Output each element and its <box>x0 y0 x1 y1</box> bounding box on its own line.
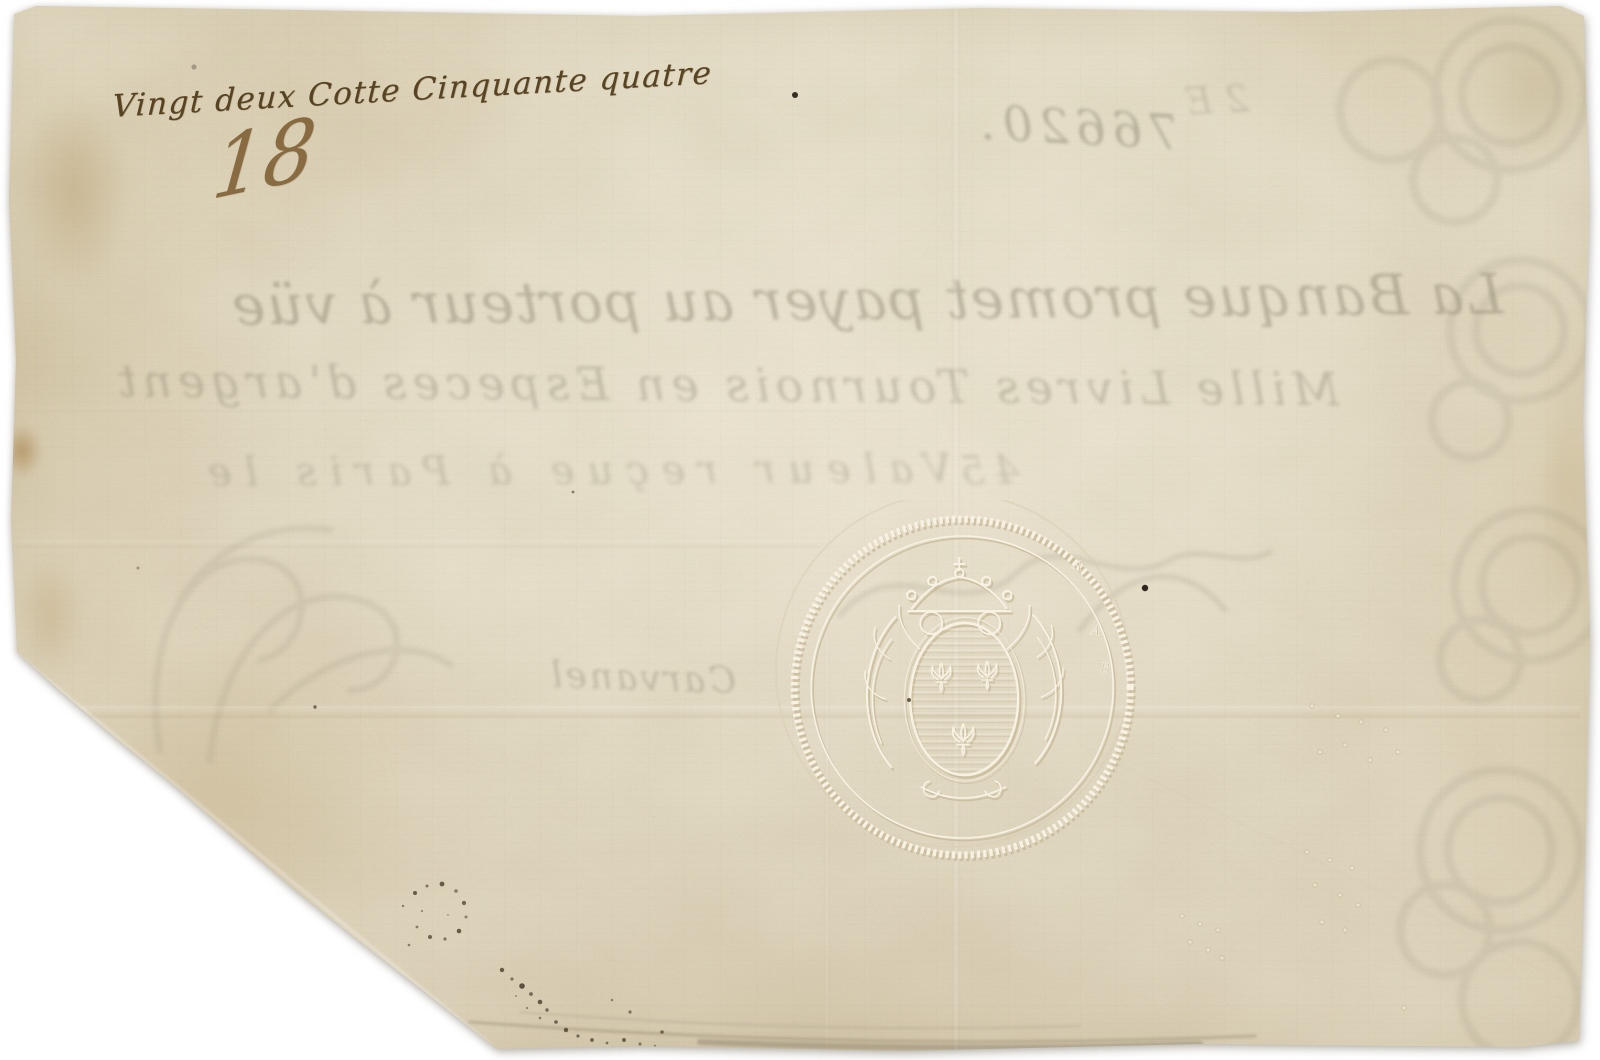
ink-speck <box>191 64 196 69</box>
seal-edge-letter: A <box>1070 556 1085 575</box>
bleedthrough-signature: Carvanel <box>547 655 736 703</box>
bleedthrough-line-2: Mille Livres Tournois en Especes d'argen… <box>112 354 1340 417</box>
fold-crease-horizontal-upper <box>0 540 820 548</box>
ink-speck <box>792 92 798 98</box>
stain-cut-corner <box>60 650 390 960</box>
stain-right-edge <box>1535 370 1600 600</box>
banknote-paper: 2 E 76620. La Banque promet payer au por… <box>0 0 1600 1060</box>
stain-left-mid <box>16 550 86 680</box>
fold-crease-horizontal-main <box>20 706 1580 718</box>
fold-crease-vertical-center <box>952 0 960 1060</box>
scanned-banknote-verso: 2 E 76620. La Banque promet payer au por… <box>0 0 1600 1060</box>
embossed-seal: A A B <box>770 500 1170 880</box>
bleedthrough-flourish-right <box>830 530 1280 650</box>
stain-top-right <box>1470 0 1600 170</box>
seal-ghost-ring <box>776 500 1130 847</box>
bleedthrough-line-1: La Banque promet payer au porteur à vüe <box>230 262 1504 338</box>
handwritten-endorsement: Vingt deux Cotte Cinquante quatre <box>112 55 714 125</box>
ink-speck <box>1142 585 1148 591</box>
bleedthrough-serial-number: 76620. <box>974 95 1181 162</box>
bleedthrough-flourish-left <box>120 450 460 770</box>
bleedthrough-fragment: 45 <box>951 447 1019 495</box>
seal-edge-letter: A <box>1088 622 1102 640</box>
stain-left-edge <box>2 424 42 478</box>
paper-shadow: 2 E 76620. La Banque promet payer au por… <box>0 0 1600 1060</box>
fold-crease-diagonal <box>1079 740 1585 991</box>
cut-edge-highlight <box>9 648 491 1047</box>
bleedthrough-border-swirls <box>1330 0 1600 1060</box>
bleedthrough-serial-prefix: 2 E <box>1184 76 1250 123</box>
ink-speck <box>907 698 911 702</box>
seal-edge-letter: B <box>1100 660 1111 677</box>
ink-speck <box>137 567 140 570</box>
ink-speck <box>313 705 316 708</box>
fold-crease-vertical-lower <box>824 640 830 1060</box>
bleedthrough-line-3: Valeur reçue à Paris le <box>195 446 952 496</box>
